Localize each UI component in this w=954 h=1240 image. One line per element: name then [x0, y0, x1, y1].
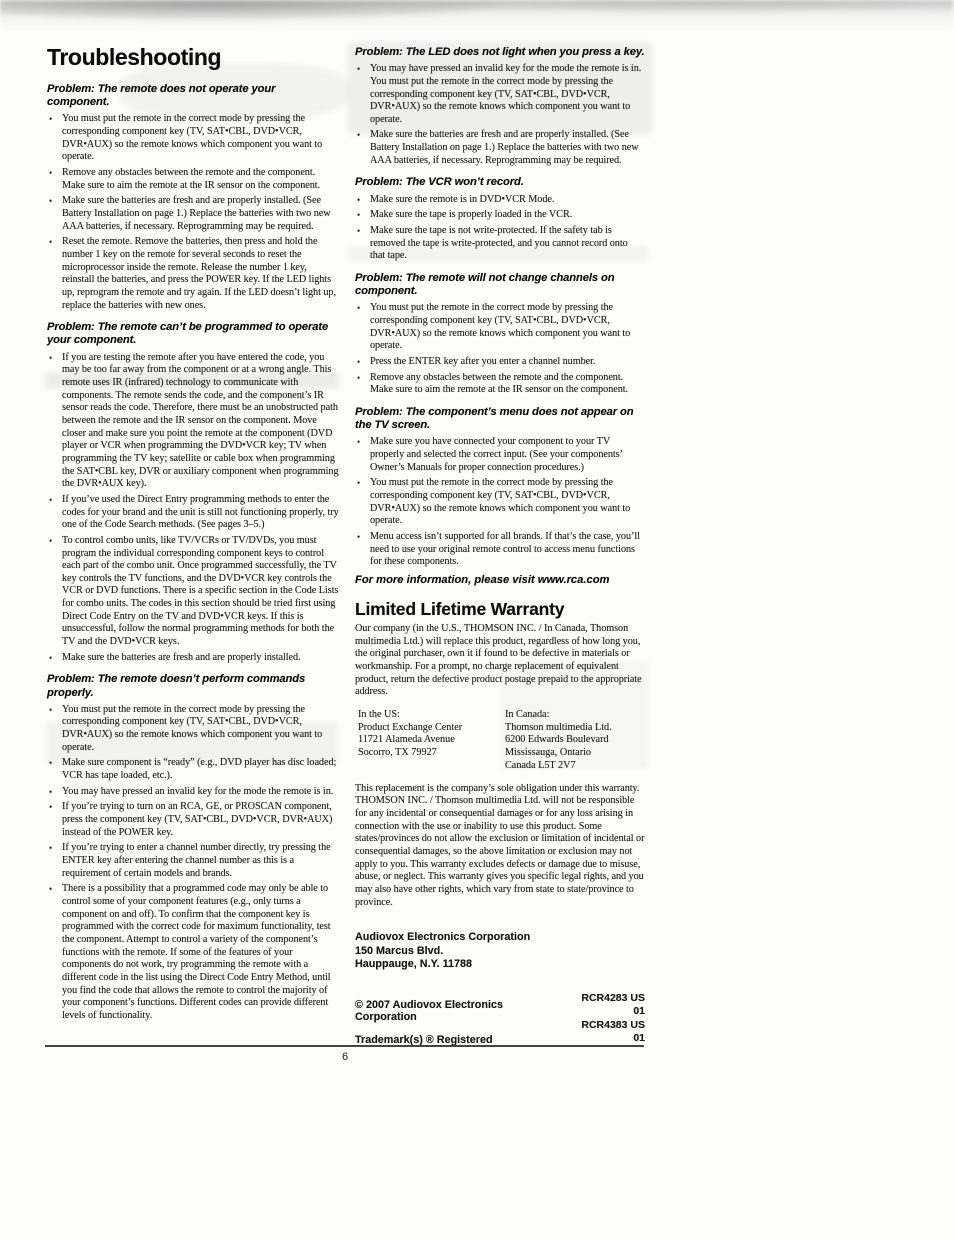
- address-line: In Canada:: [505, 709, 612, 722]
- bullet-list: You must put the remote in the correct m…: [47, 113, 339, 312]
- bullet-item: If you are testing the remote after you …: [47, 352, 339, 491]
- problem-section-remote-not-operate: Problem: The remote does not operate you…: [47, 83, 339, 312]
- problem-heading: Problem: The VCR won’t record.: [355, 176, 645, 189]
- bullet-text: You may have pressed an invalid key for …: [370, 63, 641, 125]
- address-line: In the US:: [358, 709, 505, 722]
- bullet-item: Make sure you have connected your compon…: [355, 436, 645, 474]
- warranty-intro: Our company (in the U.S., THOMSON INC. /…: [355, 623, 645, 699]
- bullet-item: Make sure the tape is not write-protecte…: [355, 225, 645, 263]
- bullet-text: If you’re trying to enter a channel numb…: [62, 842, 331, 878]
- bullet-text: Make sure the batteries are fresh and ar…: [62, 652, 301, 663]
- publisher-line: Hauppauge, N.Y. 11788: [355, 958, 645, 972]
- address-line: Canada L5T 2V7: [505, 760, 612, 773]
- bullet-item: You must put the remote in the correct m…: [47, 704, 339, 755]
- bullet-text: Menu access isn’t supported for all bran…: [370, 531, 640, 567]
- bullet-text: Make sure component is “ready” (e.g., DV…: [62, 757, 336, 781]
- bullet-list: Make sure you have connected your compon…: [355, 436, 645, 569]
- warranty-addresses: In the US: Product Exchange Center 11721…: [358, 709, 645, 773]
- bullet-text: Make sure the remote is in DVD•VCR Mode.: [370, 194, 554, 205]
- bullet-list: You must put the remote in the correct m…: [47, 704, 339, 1023]
- bullet-text: Remove any obstacles between the remote …: [62, 167, 320, 191]
- bullet-list: You may have pressed an invalid key for …: [355, 63, 645, 167]
- scanned-manual-page: Troubleshooting Problem: The remote does…: [0, 0, 954, 1240]
- address-line: 6200 Edwards Boulevard: [505, 734, 612, 747]
- problem-heading: Problem: The LED does not light when you…: [355, 46, 645, 59]
- bullet-text: You may have pressed an invalid key for …: [62, 786, 333, 797]
- bullet-item: Make sure the remote is in DVD•VCR Mode.: [355, 194, 645, 207]
- copyright-line: © 2007 Audiovox Electronics Corporation: [355, 999, 567, 1023]
- more-info-note: For more information, please visit www.r…: [355, 574, 645, 586]
- bullet-text: Make sure the tape is properly loaded in…: [370, 209, 572, 220]
- bullet-text: Remove any obstacles between the remote …: [370, 372, 628, 396]
- right-column: Problem: The LED does not light when you…: [355, 46, 645, 1046]
- bullet-item: Reset the remote. Remove the batteries, …: [47, 236, 339, 312]
- footer-legal: © 2007 Audiovox Electronics Corporation …: [355, 999, 567, 1046]
- bullet-item: If you’re trying to enter a channel numb…: [47, 842, 339, 880]
- bullet-item: Make sure the batteries are fresh and ar…: [47, 652, 339, 665]
- bullet-item: Press the ENTER key after you enter a ch…: [355, 356, 645, 369]
- address-line: Product Exchange Center: [358, 722, 505, 735]
- model-code: RCR4383 US 01: [567, 1019, 645, 1046]
- bullet-item: You may have pressed an invalid key for …: [47, 786, 339, 799]
- bullet-text: You must put the remote in the correct m…: [370, 477, 630, 526]
- bullet-text: Reset the remote. Remove the batteries, …: [62, 236, 336, 310]
- bullet-item: You must put the remote in the correct m…: [355, 477, 645, 528]
- bullet-item: You may have pressed an invalid key for …: [355, 63, 645, 126]
- bullet-text: Make sure the tape is not write-protecte…: [370, 225, 628, 261]
- problem-heading: Problem: The remote doesn’t perform comm…: [47, 673, 339, 699]
- model-code: RCR4283 US 01: [567, 992, 645, 1019]
- bullet-item: You must put the remote in the correct m…: [47, 113, 339, 164]
- problem-section-no-channel-change: Problem: The remote will not change chan…: [355, 272, 645, 397]
- problem-section-vcr-wont-record: Problem: The VCR won’t record. Make sure…: [355, 176, 645, 262]
- bullet-text: If you’re trying to turn on an RCA, GE, …: [62, 801, 332, 837]
- footer-row: © 2007 Audiovox Electronics Corporation …: [355, 992, 645, 1046]
- model-codes: RCR4283 US 01 RCR4383 US 01: [567, 992, 645, 1046]
- warranty-heading: Limited Lifetime Warranty: [355, 599, 645, 620]
- problem-heading: Problem: The remote does not operate you…: [47, 83, 339, 109]
- bullet-text: Make sure you have connected your compon…: [370, 436, 622, 472]
- address-line: Thomson multimedia Ltd.: [505, 722, 612, 735]
- publisher-line: Audiovox Electronics Corporation: [355, 931, 645, 945]
- bullet-text: You must put the remote in the correct m…: [62, 704, 322, 753]
- bullet-text: Make sure the batteries are fresh and ar…: [370, 129, 639, 165]
- bullet-item: Make sure the batteries are fresh and ar…: [355, 129, 645, 167]
- us-address-block: In the US: Product Exchange Center 11721…: [358, 709, 505, 773]
- bullet-item: There is a possibility that a programmed…: [47, 883, 339, 1022]
- scan-smudge-artifact: [0, 0, 954, 34]
- bullet-item: If you’ve used the Direct Entry programm…: [47, 494, 339, 532]
- bullet-item: Make sure the batteries are fresh and ar…: [47, 195, 339, 233]
- bullet-text: Press the ENTER key after you enter a ch…: [370, 356, 595, 367]
- bullet-item: Make sure component is “ready” (e.g., DV…: [47, 757, 339, 782]
- bullet-list: Make sure the remote is in DVD•VCR Mode.…: [355, 194, 645, 263]
- bullet-text: To control combo units, like TV/VCRs or …: [62, 535, 338, 647]
- problem-heading: Problem: The remote can’t be programmed …: [47, 321, 339, 347]
- publisher-footer: Audiovox Electronics Corporation 150 Mar…: [355, 931, 645, 1046]
- bullet-item: Remove any obstacles between the remote …: [47, 167, 339, 192]
- left-column: Troubleshooting Problem: The remote does…: [47, 44, 339, 1026]
- warranty-body: This replacement is the company’s sole o…: [355, 783, 645, 910]
- bullet-item: You must put the remote in the correct m…: [355, 302, 645, 353]
- problem-section-menu-not-appear: Problem: The component’s menu does not a…: [355, 406, 645, 569]
- publisher-line: 150 Marcus Blvd.: [355, 945, 645, 959]
- bullet-text: You must put the remote in the correct m…: [62, 113, 322, 162]
- bullet-item: Menu access isn’t supported for all bran…: [355, 531, 645, 569]
- address-line: Socorro, TX 79927: [358, 747, 505, 760]
- footer-divider: [45, 1045, 644, 1047]
- address-line: 11721 Alameda Avenue: [358, 734, 505, 747]
- bullet-item: Make sure the tape is properly loaded in…: [355, 209, 645, 222]
- page-title: Troubleshooting: [47, 44, 339, 71]
- bullet-text: Make sure the batteries are fresh and ar…: [62, 195, 331, 231]
- page-number: 6: [330, 1051, 360, 1063]
- bullet-text: You must put the remote in the correct m…: [370, 302, 630, 351]
- problem-section-led-no-light: Problem: The LED does not light when you…: [355, 46, 645, 167]
- problem-section-cant-program: Problem: The remote can’t be programmed …: [47, 321, 339, 664]
- bullet-text: If you are testing the remote after you …: [62, 352, 339, 490]
- canada-address-block: In Canada: Thomson multimedia Ltd. 6200 …: [505, 709, 612, 773]
- bullet-list: If you are testing the remote after you …: [47, 352, 339, 665]
- address-line: Mississauga, Ontario: [505, 747, 612, 760]
- problem-heading: Problem: The component’s menu does not a…: [355, 406, 645, 432]
- bullet-text: If you’ve used the Direct Entry programm…: [62, 494, 339, 530]
- problem-heading: Problem: The remote will not change chan…: [355, 272, 645, 298]
- bullet-item: Remove any obstacles between the remote …: [355, 372, 645, 397]
- bullet-list: You must put the remote in the correct m…: [355, 302, 645, 397]
- problem-section-commands-improper: Problem: The remote doesn’t perform comm…: [47, 673, 339, 1022]
- bullet-item: To control combo units, like TV/VCRs or …: [47, 535, 339, 649]
- bullet-item: If you’re trying to turn on an RCA, GE, …: [47, 801, 339, 839]
- bullet-text: There is a possibility that a programmed…: [62, 883, 331, 1021]
